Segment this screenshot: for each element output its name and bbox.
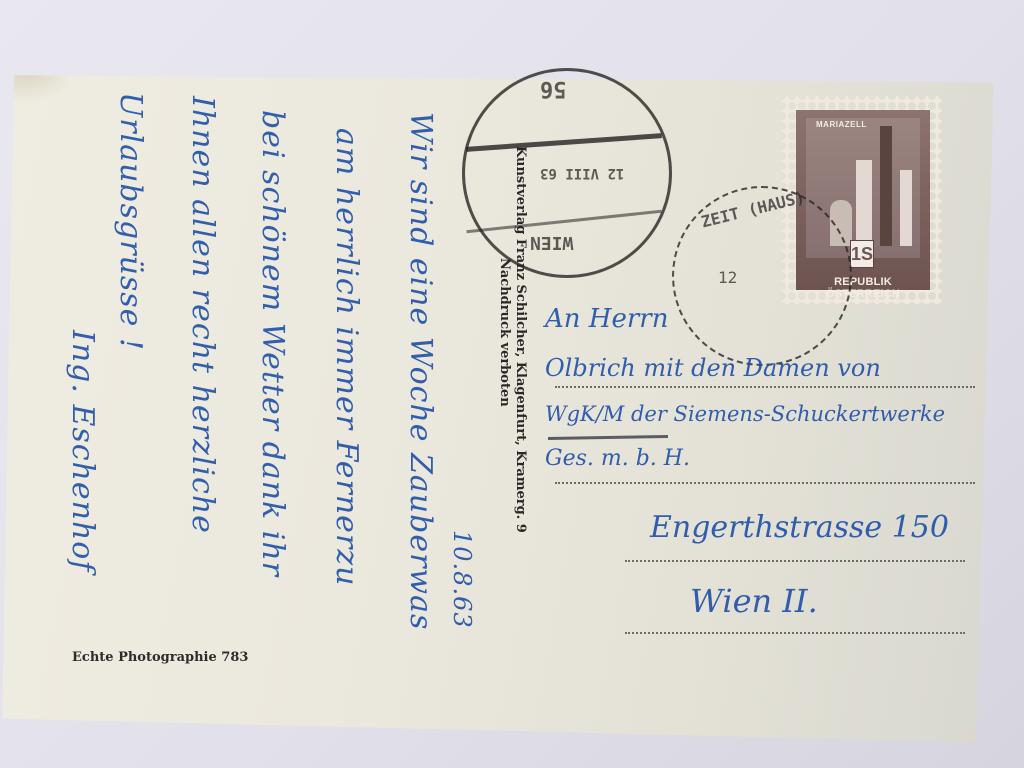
address-city: Wien II. xyxy=(690,582,818,620)
message-line-1: Wir sind eine Woche Zauberwas xyxy=(403,112,438,630)
address-street: Engerthstrasse 150 xyxy=(650,510,949,545)
stamp-value: 1S xyxy=(850,240,874,268)
photo-number: Echte Photographie 783 xyxy=(72,650,248,665)
address-line-rule xyxy=(555,482,975,484)
stamp-place: MARIAZELL xyxy=(816,120,867,129)
address-line-rule xyxy=(555,386,975,388)
message-line-4: Ihnen allen recht herzliche xyxy=(185,96,220,534)
message-line-2: am herrlich immer Fernerzu xyxy=(329,128,364,586)
address-company-form: Ges. m. b. H. xyxy=(545,446,690,471)
address-line-rule xyxy=(625,560,965,562)
address-recipient: Olbrich mit den Damen von xyxy=(545,354,881,382)
message-date: 10.8.63 xyxy=(448,530,476,629)
message-line-5: Urlaubsgrüsse ! xyxy=(113,92,148,351)
address-line-rule xyxy=(625,632,965,634)
postmark-city: WIEN xyxy=(530,232,573,253)
postmark-date: 12 VIII 63 xyxy=(540,165,624,181)
address-company: WgK/M der Siemens-Schuckertwerke xyxy=(545,402,945,426)
church-tower xyxy=(856,160,872,246)
postmark-day: 12 xyxy=(718,268,737,287)
reprint-notice: Nachdruck verboten xyxy=(497,258,512,407)
address-salutation: An Herrn xyxy=(545,304,668,334)
postmark-number: 56 xyxy=(540,76,567,101)
message-line-3: bei schönem Wetter dank ihr xyxy=(255,110,290,577)
church-spire xyxy=(880,126,892,246)
signature: Ing. Eschenhof xyxy=(65,330,100,572)
